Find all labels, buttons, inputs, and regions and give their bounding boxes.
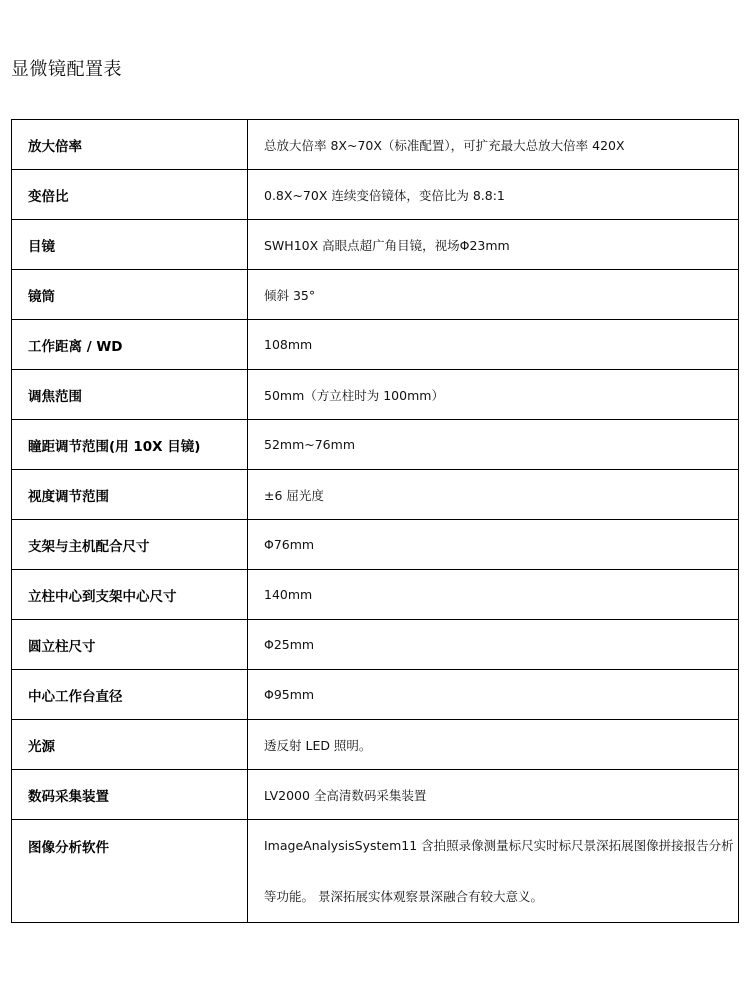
table-row: 放大倍率 总放大倍率 8X~70X（标准配置），可扩充最大总放大倍率 420X [12, 120, 739, 170]
row-value: 总放大倍率 8X~70X（标准配置），可扩充最大总放大倍率 420X [248, 120, 739, 170]
row-label: 图像分析软件 [12, 820, 248, 923]
table-row: 目镜 SWH10X 高眼点超广角目镜，视场Φ23mm [12, 220, 739, 270]
row-value: Φ76mm [248, 520, 739, 570]
spec-table: 放大倍率 总放大倍率 8X~70X（标准配置），可扩充最大总放大倍率 420X … [11, 119, 739, 923]
row-value: 50mm（方立柱时为 100mm） [248, 370, 739, 420]
row-label: 镜筒 [12, 270, 248, 320]
row-value: Φ25mm [248, 620, 739, 670]
row-label: 立柱中心到支架中心尺寸 [12, 570, 248, 620]
table-row: 立柱中心到支架中心尺寸 140mm [12, 570, 739, 620]
row-label: 支架与主机配合尺寸 [12, 520, 248, 570]
table-row: 数码采集装置 LV2000 全高清数码采集装置 [12, 770, 739, 820]
table-row: 镜筒 倾斜 35° [12, 270, 739, 320]
row-label: 放大倍率 [12, 120, 248, 170]
row-value: ImageAnalysisSystem11 含拍照录像测量标尺实时标尺景深拓展图… [248, 820, 739, 923]
row-value: 140mm [248, 570, 739, 620]
table-row: 调焦范围 50mm（方立柱时为 100mm） [12, 370, 739, 420]
row-value: 透反射 LED 照明。 [248, 720, 739, 770]
row-value: Φ95mm [248, 670, 739, 720]
page-title: 显微镜配置表 [11, 58, 122, 82]
table-row: 瞳距调节范围(用 10X 目镜) 52mm~76mm [12, 420, 739, 470]
row-label: 光源 [12, 720, 248, 770]
row-label: 工作距离 / WD [12, 320, 248, 370]
table-row: 支架与主机配合尺寸 Φ76mm [12, 520, 739, 570]
row-label: 视度调节范围 [12, 470, 248, 520]
row-value: 倾斜 35° [248, 270, 739, 320]
table-row: 视度调节范围 ±6 屈光度 [12, 470, 739, 520]
table-row: 圆立柱尺寸 Φ25mm [12, 620, 739, 670]
row-value: 108mm [248, 320, 739, 370]
table-row: 图像分析软件 ImageAnalysisSystem11 含拍照录像测量标尺实时… [12, 820, 739, 923]
row-value: SWH10X 高眼点超广角目镜，视场Φ23mm [248, 220, 739, 270]
table-row: 变倍比 0.8X~70X 连续变倍镜体，变倍比为 8.8:1 [12, 170, 739, 220]
row-label: 目镜 [12, 220, 248, 270]
row-label: 中心工作台直径 [12, 670, 248, 720]
table-row: 中心工作台直径 Φ95mm [12, 670, 739, 720]
table-row: 光源 透反射 LED 照明。 [12, 720, 739, 770]
row-value: ±6 屈光度 [248, 470, 739, 520]
row-value: LV2000 全高清数码采集装置 [248, 770, 739, 820]
row-value: 0.8X~70X 连续变倍镜体，变倍比为 8.8:1 [248, 170, 739, 220]
row-label: 瞳距调节范围(用 10X 目镜) [12, 420, 248, 470]
row-value: 52mm~76mm [248, 420, 739, 470]
row-label: 圆立柱尺寸 [12, 620, 248, 670]
row-label: 调焦范围 [12, 370, 248, 420]
row-label: 变倍比 [12, 170, 248, 220]
table-row: 工作距离 / WD 108mm [12, 320, 739, 370]
row-label: 数码采集装置 [12, 770, 248, 820]
